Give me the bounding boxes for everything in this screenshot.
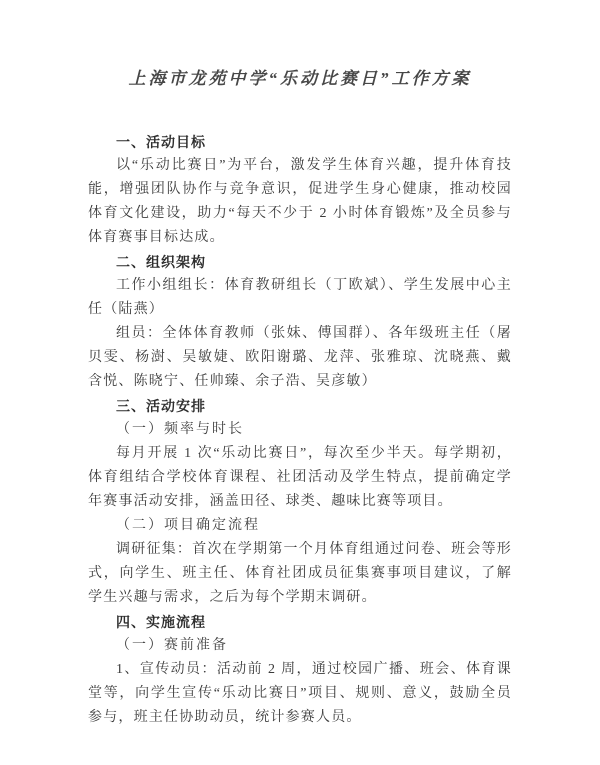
paragraph: 组员：全体体育教师（张妹、傅国群）、各年级班主任（屠贝雯、杨澍、吴敏婕、欧阳谢璐… (88, 322, 512, 394)
section-heading-organization: 二、组织架构 (88, 250, 512, 274)
paragraph: 调研征集：首次在学期第一个月体育组通过问卷、班会等形式，向学生、班主任、体育社团… (88, 538, 512, 610)
section-heading-activity-arrangement: 三、活动安排 (88, 394, 512, 418)
subsection-heading-frequency-duration: （一）频率与时长 (88, 418, 512, 442)
paragraph: 每月开展 1 次“乐动比赛日”，每次至少半天。每学期初，体育组结合学校体育课程、… (88, 442, 512, 514)
section-heading-activity-goals: 一、活动目标 (88, 130, 512, 154)
document-title: 上海市龙苑中学“乐动比赛日”工作方案 (88, 64, 512, 94)
document-page: 上海市龙苑中学“乐动比赛日”工作方案 一、活动目标 以“乐动比赛日”为平台，激发… (0, 0, 600, 765)
paragraph: 工作小组组长：体育教研组长（丁欧斌）、学生发展中心主任（陆燕） (88, 274, 512, 322)
subsection-heading-project-confirmation: （二）项目确定流程 (88, 514, 512, 538)
paragraph: 1、宣传动员：活动前 2 周，通过校园广播、班会、体育课堂等，向学生宣传“乐动比… (88, 658, 512, 730)
subsection-heading-pre-competition-preparation: （一）赛前准备 (88, 634, 512, 658)
section-heading-implementation-process: 四、实施流程 (88, 610, 512, 634)
paragraph: 以“乐动比赛日”为平台，激发学生体育兴趣，提升体育技能，增强团队协作与竞争意识，… (88, 154, 512, 250)
